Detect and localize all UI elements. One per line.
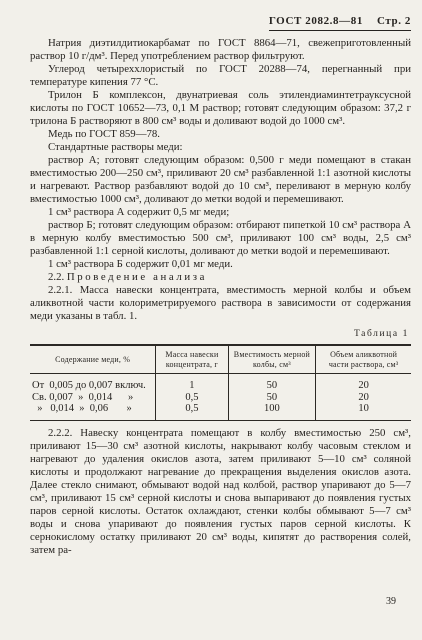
table-1: Содержание меди, % Масса навески концент… [30,344,411,421]
paragraph-solution-b-content: 1 см³ раствора Б содержит 0,01 мг меди. [30,258,411,271]
paragraph-solution-b: раствор Б; готовят следующим образом: от… [30,219,411,258]
cell-range-1: От 0,005 до 0,007 включ. [30,374,156,392]
cell-capacity-2: 50 [228,392,316,404]
header-doc-number: ГОСТ 2082.8—81 [269,15,363,27]
paragraph-2-2-1: 2.2.1. Масса навески концентрата, вмести… [30,284,411,323]
col-header-sample-mass: Масса навески концентрата, г [156,345,228,374]
page-header: ГОСТ 2082.8—81Стр. 2 [269,15,411,31]
section-title: Проведение анализа [67,271,207,283]
paragraph-reagent-copper: Медь по ГОСТ 859—78. [30,128,411,141]
paragraph-solution-a: раствор А; готовят следующим образом: 0,… [30,154,411,206]
paragraph-reagent-trilon: Трилон Б комплексон, двунатриевая соль э… [30,89,411,128]
page-number: 39 [386,596,396,607]
cell-range-2: Св. 0,007 » 0,014 » [30,392,156,404]
paragraph-reagent-sodium: Натрия диэтилдитиокарбамат по ГОСТ 8864—… [30,37,411,63]
paragraph-solution-a-content: 1 см³ раствора А содержит 0,5 мг меди; [30,206,411,219]
cell-capacity-3: 100 [228,403,316,420]
cell-aliquot-2: 20 [316,392,411,404]
table-caption: Таблица 1 [30,328,409,341]
cell-capacity-1: 50 [228,374,316,392]
page-body: Натрия диэтилдитиокарбамат по ГОСТ 8864—… [30,37,411,557]
paragraph-standard-solutions: Стандартные растворы меди: [30,141,411,154]
section-number: 2.2. [48,271,64,283]
paragraph-2-2-2: 2.2.2. Навеску концентрата помещают в ко… [30,427,411,557]
table-header-row: Содержание меди, % Масса навески концент… [30,345,411,374]
table-row: От 0,005 до 0,007 включ. 1 50 20 [30,374,411,392]
cell-aliquot-3: 10 [316,403,411,420]
cell-mass-1: 1 [156,374,228,392]
paragraph-reagent-carbon: Углерод четыреххлористый по ГОСТ 20288—7… [30,63,411,89]
col-header-copper-content: Содержание меди, % [30,345,156,374]
cell-range-3: » 0,014 » 0,06 » [30,403,156,420]
table-row: » 0,014 » 0,06 » 0,5 100 10 [30,403,411,420]
document-page: ГОСТ 2082.8—81Стр. 2 Натрия диэтилдитиок… [0,0,422,640]
cell-mass-3: 0,5 [156,403,228,420]
table-row: Св. 0,007 » 0,014 » 0,5 50 20 [30,392,411,404]
header-page-label: Стр. 2 [377,15,411,27]
section-heading-2-2: 2.2. Проведение анализа [30,271,411,284]
cell-mass-2: 0,5 [156,392,228,404]
cell-aliquot-1: 20 [316,374,411,392]
col-header-flask-capacity: Вместимость мерной колбы, см³ [228,345,316,374]
col-header-aliquot-volume: Объем аликвотной части раствора, см³ [316,345,411,374]
